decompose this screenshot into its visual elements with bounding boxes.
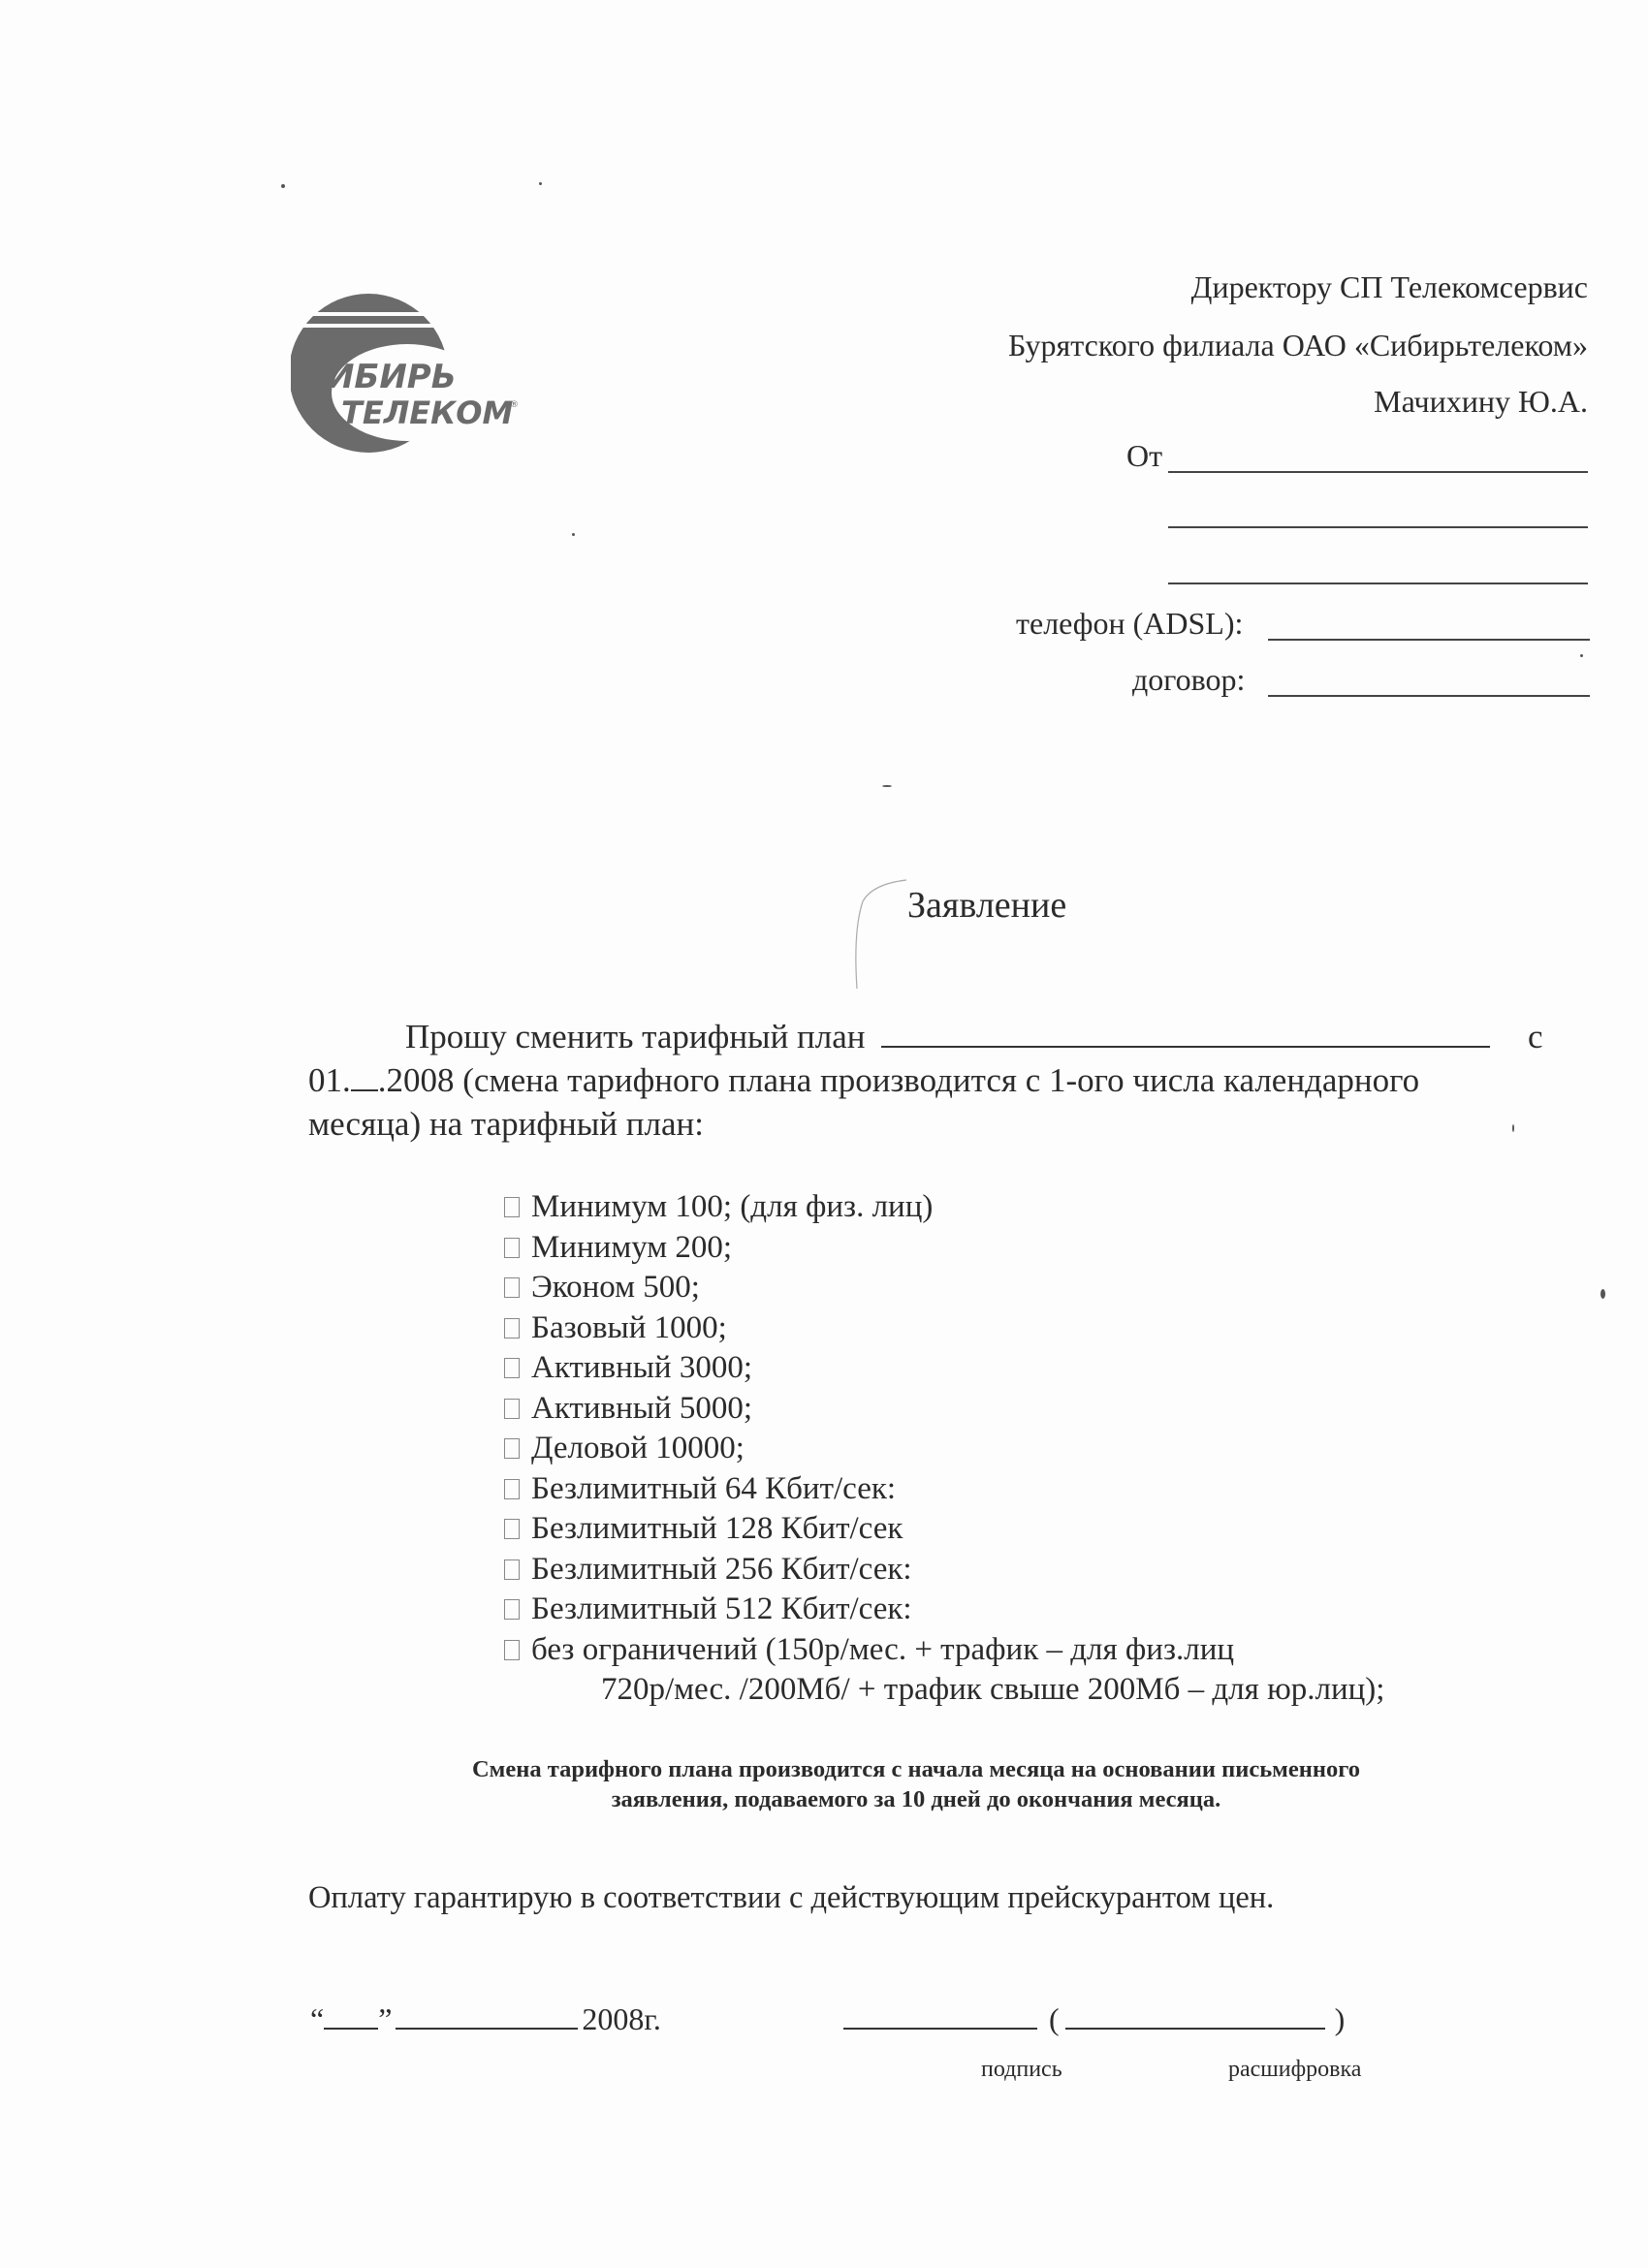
checkbox-icon[interactable]: [504, 1238, 520, 1258]
note-line-1: Смена тарифного плана производится с нач…: [291, 1754, 1541, 1784]
plan-option[interactable]: Безлимитный 256 Кбит/сек:: [504, 1550, 1384, 1591]
month-name-field[interactable]: [396, 2028, 578, 2030]
scan-speck: [1600, 1289, 1605, 1299]
addressee-line-2: Бурятского филиала ОАО «Сибирьтелеком»: [1008, 326, 1588, 364]
from-field-line-1[interactable]: [1168, 471, 1588, 473]
checkbox-icon[interactable]: [504, 1197, 520, 1217]
pencil-mark-icon: [814, 872, 911, 998]
plan-label: Безлимитный 256 Кбит/сек:: [531, 1550, 912, 1591]
phone-field[interactable]: [1268, 639, 1590, 641]
from-field-line-3[interactable]: [1168, 583, 1588, 584]
open-quote: “: [310, 2001, 324, 2036]
plan-option[interactable]: Безлимитный 512 Кбит/сек:: [504, 1590, 1384, 1630]
plan-label: Безлимитный 128 Кбит/сек: [531, 1509, 903, 1550]
scan-speck: [1580, 654, 1583, 657]
note-line-2: заявления, подаваемого за 10 дней до око…: [291, 1784, 1541, 1814]
request-from-word: с: [1528, 1018, 1543, 1055]
payment-guarantee-text: Оплату гарантирую в соответствии с дейст…: [308, 1878, 1274, 1917]
scan-speck: [572, 533, 575, 536]
request-line-1: Прошу сменить тарифный план с: [405, 1018, 1543, 1056]
checkbox-icon[interactable]: [504, 1559, 520, 1580]
plan-label: Безлимитный 512 Кбит/сек:: [531, 1590, 912, 1630]
plan-label: Эконом 500;: [531, 1268, 700, 1308]
scan-speck: [539, 182, 542, 185]
plan-label: Деловой 10000;: [531, 1429, 745, 1469]
decoding-caption: расшифровка: [1228, 2055, 1361, 2084]
plan-label: Активный 5000;: [531, 1389, 752, 1430]
plan-option[interactable]: Минимум 100; (для физ. лиц): [504, 1187, 1384, 1228]
checkbox-icon[interactable]: [504, 1599, 520, 1620]
date-rest: .2008 (смена тарифного плана производитс…: [378, 1061, 1419, 1099]
plan-option[interactable]: без ограничений (150р/мес. + трафик – дл…: [504, 1630, 1384, 1671]
month-field[interactable]: [351, 1089, 378, 1091]
page-title: Заявление: [907, 882, 1066, 929]
scan-speck: [882, 785, 892, 787]
plan-label: Базовый 1000;: [531, 1308, 727, 1349]
addressee-line-1: Директору СП Телекомсервис: [1191, 268, 1588, 306]
paren-close: ): [1335, 2001, 1346, 2036]
checkbox-icon[interactable]: [504, 1479, 520, 1499]
checkbox-icon[interactable]: [504, 1358, 520, 1378]
request-text: Прошу сменить тарифный план: [405, 1018, 866, 1055]
plan-label: Минимум 100; (для физ. лиц): [531, 1187, 933, 1228]
current-plan-field[interactable]: [881, 1046, 1490, 1048]
svg-text:СИБИРЬ: СИБИРЬ: [302, 358, 457, 396]
date-field-group: “”2008г.: [310, 2000, 661, 2038]
contract-field[interactable]: [1268, 695, 1590, 697]
checkbox-icon[interactable]: [504, 1399, 520, 1419]
paren-open: (: [1049, 2001, 1060, 2036]
signature-field-group: (): [843, 2000, 1345, 2038]
svg-text:®: ®: [510, 400, 519, 410]
from-label: От: [1126, 436, 1162, 475]
signature-field[interactable]: [843, 2028, 1037, 2030]
checkbox-icon[interactable]: [504, 1640, 520, 1660]
request-line-3: месяца) на тарифный план:: [308, 1105, 704, 1144]
plan-option[interactable]: Эконом 500;: [504, 1268, 1384, 1308]
checkbox-icon[interactable]: [504, 1277, 520, 1298]
svg-text:ТЕЛЕКОМ: ТЕЛЕКОМ: [341, 394, 513, 431]
plan-option[interactable]: Безлимитный 128 Кбит/сек: [504, 1509, 1384, 1550]
plan-label: без ограничений (150р/мес. + трафик – дл…: [531, 1630, 1234, 1671]
checkbox-icon[interactable]: [504, 1318, 520, 1339]
plan-option[interactable]: Деловой 10000;: [504, 1429, 1384, 1469]
checkbox-icon[interactable]: [504, 1519, 520, 1539]
plan-label: Минимум 200;: [531, 1228, 732, 1269]
plan-option[interactable]: Активный 3000;: [504, 1348, 1384, 1389]
phone-label: телефон (ADSL):: [1016, 604, 1243, 643]
tariff-plan-list: Минимум 100; (для физ. лиц) Минимум 200;…: [504, 1187, 1384, 1711]
year-suffix: 2008г.: [582, 2001, 661, 2036]
day-field[interactable]: [324, 2028, 378, 2030]
plan-option-continuation: 720р/мес. /200Мб/ + трафик свыше 200Мб –…: [504, 1670, 1384, 1711]
scan-speck: [281, 184, 285, 188]
date-prefix: 01.: [308, 1061, 351, 1099]
plan-option[interactable]: Базовый 1000;: [504, 1308, 1384, 1349]
contract-label: договор:: [1132, 660, 1245, 699]
company-logo: СИБИРЬ ТЕЛЕКОМ ®: [291, 291, 582, 456]
close-quote: ”: [378, 2001, 392, 2036]
sibirtelecom-logo-icon: СИБИРЬ ТЕЛЕКОМ ®: [291, 291, 582, 456]
plan-option[interactable]: Минимум 200;: [504, 1228, 1384, 1269]
signature-caption: подпись: [981, 2055, 1062, 2084]
scan-speck: [1512, 1124, 1514, 1132]
plan-label: Безлимитный 64 Кбит/сек:: [531, 1469, 896, 1510]
addressee-line-3: Мачихину Ю.А.: [1374, 382, 1588, 421]
plan-option[interactable]: Безлимитный 64 Кбит/сек:: [504, 1469, 1384, 1510]
from-field-line-2[interactable]: [1168, 526, 1588, 528]
request-line-2: 01..2008 (смена тарифного плана производ…: [308, 1061, 1419, 1100]
plan-option[interactable]: Активный 5000;: [504, 1389, 1384, 1430]
plan-change-note: Смена тарифного плана производится с нач…: [291, 1754, 1541, 1814]
name-decoding-field[interactable]: [1065, 2028, 1325, 2030]
checkbox-icon[interactable]: [504, 1438, 520, 1459]
plan-label: Активный 3000;: [531, 1348, 752, 1389]
